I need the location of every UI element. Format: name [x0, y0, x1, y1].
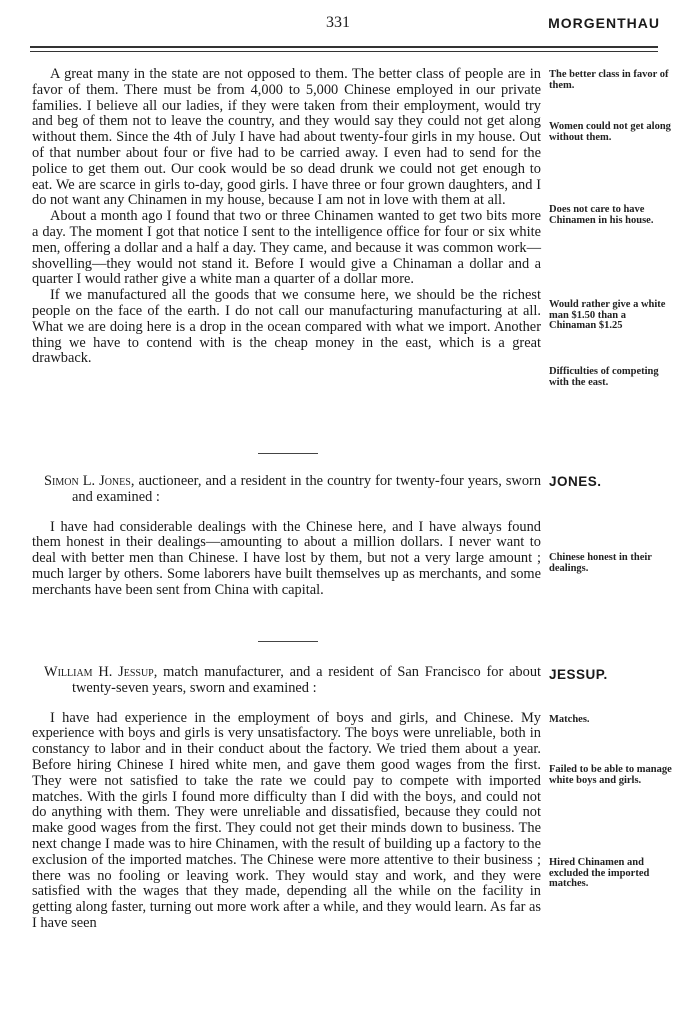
section-separator [258, 453, 318, 454]
margin-note: Failed to be able to manage white boys a… [549, 765, 675, 786]
header-rule-bottom [30, 51, 658, 52]
paragraph: I have had experience in the employment … [32, 711, 541, 932]
margin-witness-name: JONES. [549, 474, 602, 489]
page-header: 331 MORGENTHAU [0, 14, 684, 38]
margin-note: The better class in favor of them. [549, 70, 675, 91]
header-rule-top [30, 46, 658, 48]
margin-note: Hired Chinamen and excluded the imported… [549, 858, 675, 890]
witness-intro: Simon L. Jones, auctioneer, and a reside… [32, 474, 541, 506]
section-separator [258, 641, 318, 642]
margin-note: Chinese honest in their dealings. [549, 553, 675, 574]
paragraph: About a month ago I found that two or th… [32, 209, 541, 288]
section-jones: Simon L. Jones, auctioneer, and a reside… [32, 474, 541, 599]
margin-witness-name: JESSUP. [549, 667, 608, 682]
witness-intro: William H. Jessup, match manufacturer, a… [32, 665, 541, 697]
margin-note: Difficulties of competing with the east. [549, 367, 675, 388]
witness-name: William H. Jessup [44, 664, 154, 680]
section-morgenthau: A great many in the state are not oppose… [32, 67, 541, 367]
paragraph: I have had considerable dealings with th… [32, 520, 541, 599]
section-jessup: William H. Jessup, match manufacturer, a… [32, 665, 541, 932]
witness-name: Simon L. Jones [44, 473, 131, 489]
margin-note: Does not care to have Chinamen in his ho… [549, 205, 675, 226]
margin-note: Women could not get along without them. [549, 122, 675, 143]
margin-note: Would rather give a white man $1.50 than… [549, 300, 675, 332]
margin-note: Matches. [549, 715, 675, 726]
page-number: 331 [326, 14, 350, 32]
paragraph: A great many in the state are not oppose… [32, 67, 541, 209]
paragraph: If we manufactured all the goods that we… [32, 288, 541, 367]
running-head: MORGENTHAU [548, 15, 660, 31]
